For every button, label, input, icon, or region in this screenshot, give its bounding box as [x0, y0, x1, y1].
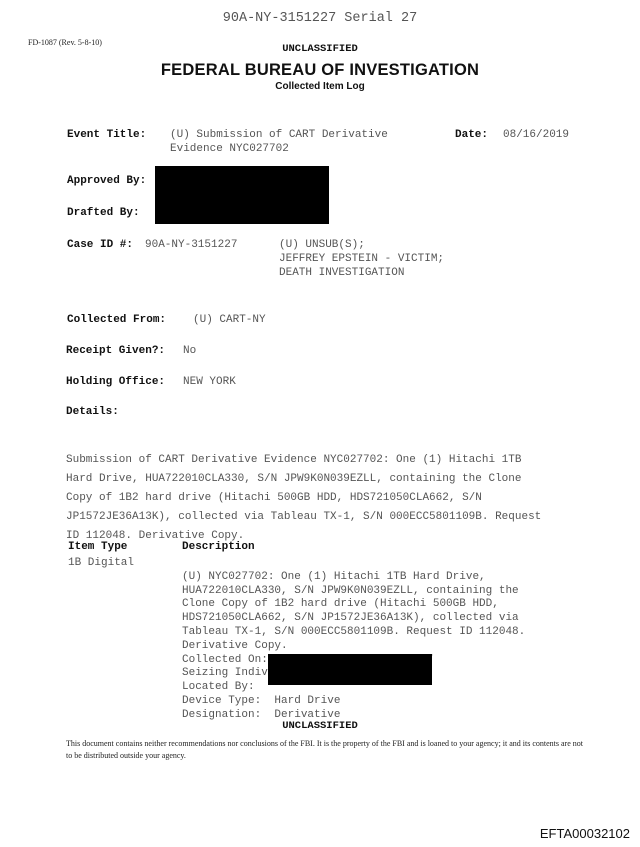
description-line: Derivative Copy. [182, 640, 525, 654]
approved-by-label: Approved By: [67, 175, 146, 187]
serial-number: 90A-NY-3151227 Serial 27 [0, 11, 640, 26]
document-type: Collected Item Log [0, 81, 640, 92]
collected-from-label: Collected From: [67, 314, 166, 326]
details-line: Hard Drive, HUA722010CLA330, S/N JPW9K0N… [66, 470, 541, 489]
date-value: 08/16/2019 [503, 129, 569, 141]
receipt-given-label: Receipt Given?: [66, 345, 165, 357]
receipt-given-value: No [183, 345, 196, 357]
description-line: Clone Copy of 1B2 hard drive (Hitachi 50… [182, 598, 525, 612]
classification-header: UNCLASSIFIED [0, 43, 640, 55]
description-line: HDS721050CLA662, S/N JP1572JE36A13K), co… [182, 612, 525, 626]
drafted-by-label: Drafted By: [67, 207, 140, 219]
table-header-item-type: Item Type [68, 541, 127, 553]
collected-from-value: (U) CART-NY [193, 314, 266, 326]
case-title-line2: JEFFREY EPSTEIN - VICTIM; [279, 253, 444, 265]
details-line: ID 112048. Derivative Copy. [66, 527, 541, 546]
table-header-description: Description [182, 541, 255, 553]
item-description: (U) NYC027702: One (1) Hitachi 1TB Hard … [182, 557, 525, 736]
details-label: Details: [66, 406, 119, 418]
description-line: HUA722010CLA330, S/N JPW9K0N039EZLL, con… [182, 585, 525, 599]
details-line: JP1572JE36A13K), collected via Tableau T… [66, 508, 541, 527]
details-line: Copy of 1B2 hard drive (Hitachi 500GB HD… [66, 489, 541, 508]
event-title-line2: Evidence NYC027702 [170, 143, 289, 155]
description-line: (U) NYC027702: One (1) Hitachi 1TB Hard … [182, 571, 525, 585]
document-id: EFTA00032102 [540, 826, 630, 841]
date-label: Date: [455, 129, 488, 141]
case-title-line3: DEATH INVESTIGATION [279, 267, 404, 279]
case-title-line1: (U) UNSUB(S); [279, 239, 365, 251]
case-id-label: Case ID #: [67, 239, 133, 251]
redaction-box [155, 166, 329, 224]
classification-footer: UNCLASSIFIED [0, 720, 640, 732]
holding-office-value: NEW YORK [183, 376, 236, 388]
device-type-line: Device Type: Hard Drive [182, 695, 525, 709]
item-type-value: 1B Digital [68, 557, 134, 571]
case-id-value: 90A-NY-3151227 [145, 239, 237, 251]
details-paragraph: Submission of CART Derivative Evidence N… [66, 432, 541, 565]
disclaimer: This document contains neither recommend… [66, 738, 586, 762]
event-title-label: Event Title: [67, 129, 146, 141]
redaction-box [268, 654, 432, 685]
agency-title: FEDERAL BUREAU OF INVESTIGATION [0, 61, 640, 80]
holding-office-label: Holding Office: [66, 376, 165, 388]
event-title-line1: (U) Submission of CART Derivative [170, 129, 388, 141]
description-line: Tableau TX-1, S/N 000ECC5801109B. Reques… [182, 626, 525, 640]
details-line: Submission of CART Derivative Evidence N… [66, 451, 541, 470]
